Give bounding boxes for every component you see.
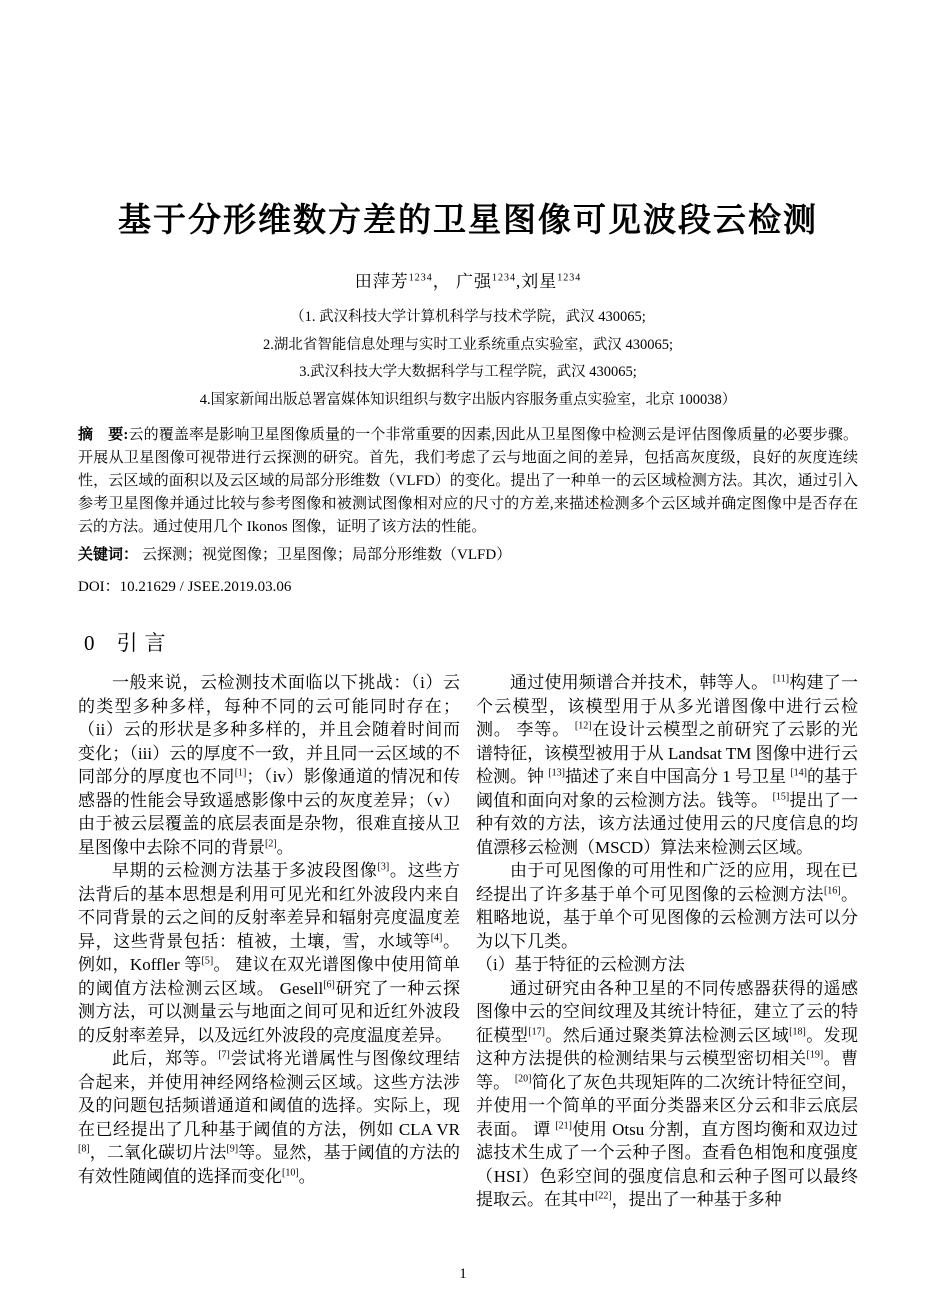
paragraph: 通过使用频谱合并技术，韩等人。 [11]构建了一个云模型，该模型用于从多光谱图像… <box>476 671 858 859</box>
paragraph: 早期的云检测方法基于多波段图像[3]。这些方法背后的基本思想是利用可见光和红外波… <box>78 859 460 1047</box>
authors-line: 田萍芳1234， 广强1234,刘星1234 <box>78 267 858 292</box>
paragraph: 此后，郑等。[7]尝试将光谱属性与图像纹理结合起来，并使用神经网络检测云区域。这… <box>78 1047 460 1188</box>
paper-page: 基于分形维数方差的卫星图像可见波段云检测 田萍芳1234， 广强1234,刘星1… <box>78 0 858 1212</box>
paragraph: 由于可见图像的可用性和广泛的应用，现在已经提出了许多基于单个可见图像的云检测方法… <box>476 859 858 953</box>
left-column: 一般来说，云检测技术面临以下挑战：（i）云的类型多种多样，每种不同的云可能同时存… <box>78 671 460 1212</box>
abstract-paragraph: 摘 要:云的覆盖率是影响卫星图像质量的一个非常重要的因素,因此从卫星图像中检测云… <box>78 424 858 539</box>
abstract-text: 云的覆盖率是影响卫星图像质量的一个非常重要的因素,因此从卫星图像中检测云是评估图… <box>78 427 858 535</box>
section-number: 0 <box>84 631 95 655</box>
paragraph: 一般来说，云检测技术面临以下挑战：（i）云的类型多种多样，每种不同的云可能同时存… <box>78 671 460 859</box>
list-item-i: （i）基于特征的云检测方法 <box>476 953 858 977</box>
doi-line: DOI：10.21629 / JSEE.2019.03.06 <box>78 576 858 599</box>
affiliation-line-2: 2.湖北省智能信息处理与实时工业系统重点实验室，武汉 430065; <box>78 332 858 360</box>
affiliation-line-3: 3.武汉科技大学大数据科学与工程学院，武汉 430065; <box>78 359 858 387</box>
abstract-label: 摘 要: <box>78 427 128 443</box>
right-column: 通过使用频谱合并技术，韩等人。 [11]构建了一个云模型，该模型用于从多光谱图像… <box>476 671 858 1212</box>
two-column-body: 一般来说，云检测技术面临以下挑战：（i）云的类型多种多样，每种不同的云可能同时存… <box>78 671 858 1212</box>
keywords-text: 云探测；视觉图像；卫星图像；局部分形维数（VLFD） <box>142 547 511 563</box>
section-heading-introduction: 0引言 <box>84 627 858 657</box>
keywords-label: 关键词： <box>78 547 138 563</box>
page-number: 1 <box>0 1266 926 1283</box>
keywords-line: 关键词：云探测；视觉图像；卫星图像；局部分形维数（VLFD） <box>78 544 858 567</box>
paper-title: 基于分形维数方差的卫星图像可见波段云检测 <box>78 0 858 241</box>
affiliation-line-4: 4.国家新闻出版总署富媒体知识组织与数字出版内容服务重点实验室，北京 10003… <box>78 387 858 415</box>
affiliations: （1. 武汉科技大学计算机科学与技术学院，武汉 430065; 2.湖北省智能信… <box>78 304 858 414</box>
affiliation-line-1: （1. 武汉科技大学计算机科学与技术学院，武汉 430065; <box>78 304 858 332</box>
section-title: 引言 <box>117 631 173 655</box>
paragraph: 通过研究由各种卫星的不同传感器获得的遥感图像中云的空间纹理及其统计特征，建立了云… <box>476 977 858 1212</box>
